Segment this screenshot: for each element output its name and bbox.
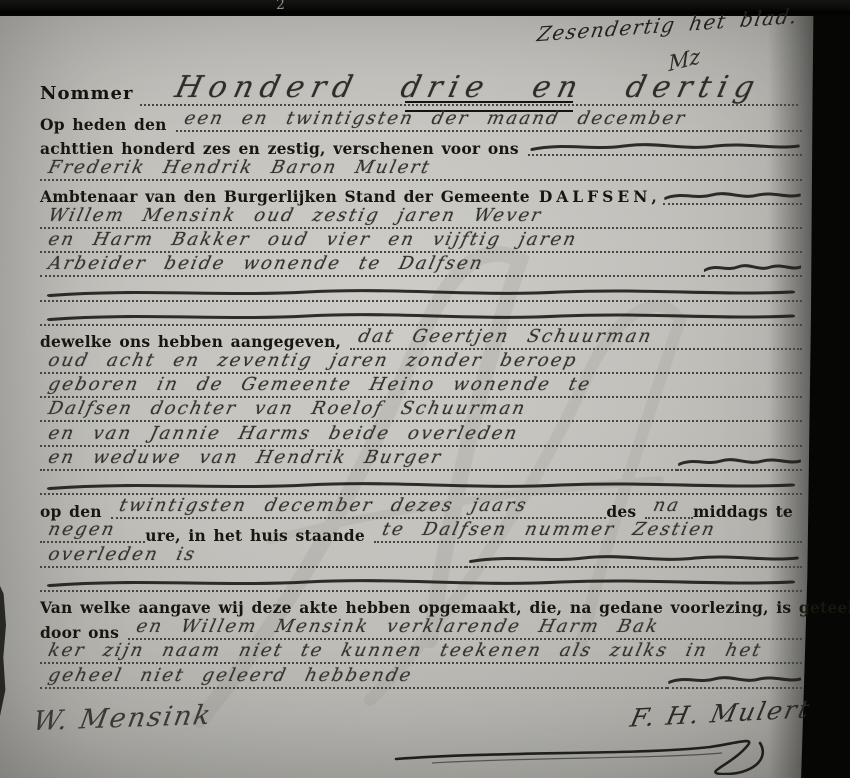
- act-body: Op heden deneen en twintigsten der maand…: [40, 108, 802, 689]
- handwritten-entry: Arbeider beide wonende te Dalfsen: [40, 255, 703, 277]
- handwritten-text: Willem Mensink oud zestig jaren Wever: [40, 207, 548, 227]
- act-line: door onsen Willem Mensink verklarende Ha…: [40, 616, 802, 640]
- ink-stroke: [667, 672, 802, 686]
- handwritten-text: negen: [40, 521, 122, 541]
- handwritten-text: Arbeider beide wonende te Dalfsen: [40, 255, 490, 275]
- handwritten-entry: geboren in de Gemeente Heino wonende te: [40, 376, 802, 398]
- act-number-value: Honderd drie en dertig: [166, 73, 768, 104]
- printed-text: des: [606, 504, 645, 520]
- act-line: Willem Mensink oud zestig jaren Wever: [40, 205, 802, 229]
- handwritten-entry: geheel niet geleerd hebbende: [40, 667, 667, 689]
- printed-text: ure, in het huis staande: [145, 528, 374, 544]
- handwritten-text: oud acht en zeventig jaren zonder beroep: [40, 352, 583, 372]
- handwritten-text: geboren in de Gemeente Heino wonende te: [40, 376, 597, 396]
- ink-stroke: [528, 139, 802, 153]
- handwritten-text: overleden is: [40, 546, 202, 566]
- handwritten-text: Frederik Hendrik Baron Mulert: [40, 159, 437, 179]
- printed-text: ,: [651, 189, 663, 205]
- printed-text: door ons: [40, 625, 128, 641]
- handwritten-entry: en Willem Mensink verklarende Harm Bak: [128, 618, 802, 640]
- handwritten-text: en Harm Bakker oud vier en vijftig jaren: [40, 231, 583, 251]
- act-line: oud acht en zeventig jaren zonder beroep: [40, 350, 802, 374]
- handwritten-text: dat Geertjen Schuurman: [350, 328, 658, 348]
- handwritten-text: en van Jannie Harms beide overleden: [40, 425, 524, 445]
- signature-flourish: [392, 733, 784, 775]
- printed-text: middags te: [693, 504, 802, 520]
- handwritten-entry: te Dalfsen nummer Zestien: [374, 521, 802, 543]
- handwritten-entry: en van Jannie Harms beide overleden: [40, 425, 802, 447]
- act-line: geboren in de Gemeente Heino wonende te: [40, 374, 802, 398]
- act-line: [40, 277, 802, 301]
- film-frame-number: 2: [276, 0, 285, 13]
- handwritten-entry: na: [645, 497, 693, 519]
- act-line: en Harm Bakker oud vier en vijftig jaren: [40, 229, 802, 253]
- printed-text: DALFSEN: [539, 189, 652, 205]
- ink-stroke: [466, 551, 802, 565]
- ink-stroke: [663, 188, 802, 202]
- act-line: Frederik Hendrik Baron Mulert: [40, 156, 802, 180]
- dotted-leader: [667, 687, 802, 689]
- printed-text: Van welke aangave wij deze akte hebben o…: [40, 600, 850, 616]
- signature-witness: W. Mensink: [31, 700, 215, 737]
- act-line: [40, 471, 802, 495]
- act-line: achttien honderd zes en zestig, verschen…: [40, 132, 802, 156]
- handwritten-entry: en Harm Bakker oud vier en vijftig jaren: [40, 231, 802, 253]
- ink-stroke: [40, 285, 802, 299]
- act-line: Ambtenaar van den Burgerlijken Stand der…: [40, 181, 802, 205]
- handwritten-entry: negen: [40, 521, 145, 543]
- act-number-label: Nommer: [40, 85, 140, 106]
- handwritten-entry: een en twintigsten der maand december: [176, 110, 802, 132]
- act-line: ker zijn naam niet te kunnen teekenen al…: [40, 640, 802, 664]
- ink-stroke: [677, 454, 802, 468]
- ink-stroke: [703, 260, 802, 274]
- handwritten-entry: Dalfsen dochter van Roelof Schuurman: [40, 400, 802, 422]
- act-line: [40, 568, 802, 592]
- handwritten-text: en weduwe van Hendrik Burger: [40, 449, 448, 469]
- ink-stroke: [40, 309, 802, 323]
- scanned-death-record-page: 2 Zesendertig het blad. Nommer Honderd d…: [0, 0, 850, 778]
- act-line: en weduwe van Hendrik Burger: [40, 447, 802, 471]
- printed-text: Op heden den: [40, 117, 176, 133]
- act-line: geheel niet geleerd hebbende: [40, 664, 802, 688]
- act-line: negenure, in het huis staandete Dalfsen …: [40, 519, 802, 543]
- act-line: Op heden deneen en twintigsten der maand…: [40, 108, 802, 132]
- handwritten-text: een en twintigsten der maand december: [176, 110, 692, 130]
- act-line: en van Jannie Harms beide overleden: [40, 422, 802, 446]
- printed-text: Ambtenaar van den Burgerlijken Stand der…: [40, 189, 539, 205]
- handwritten-entry: Willem Mensink oud zestig jaren Wever: [40, 207, 802, 229]
- handwritten-text: geheel niet geleerd hebbende: [40, 667, 419, 687]
- handwritten-text: en Willem Mensink verklarende Harm Bak: [128, 618, 665, 638]
- printed-text: op den: [40, 504, 111, 520]
- handwritten-text: na: [645, 497, 686, 517]
- handwritten-text: twintigsten december dezes jaars: [111, 497, 534, 517]
- act-line: Van welke aangave wij deze akte hebben o…: [40, 592, 802, 616]
- printed-text: dewelke ons hebben aangegeven,: [40, 334, 350, 350]
- ink-stroke: [40, 478, 802, 492]
- handwritten-text: ker zijn naam niet te kunnen teekenen al…: [40, 642, 768, 662]
- handwritten-entry: twintigsten december dezes jaars: [111, 497, 607, 519]
- handwritten-text: te Dalfsen nummer Zestien: [374, 521, 722, 541]
- handwritten-entry: oud acht en zeventig jaren zonder beroep: [40, 352, 802, 374]
- act-line: dewelke ons hebben aangegeven,dat Geertj…: [40, 326, 802, 350]
- handwritten-entry: dat Geertjen Schuurman: [350, 328, 802, 350]
- handwritten-entry: en weduwe van Hendrik Burger: [40, 449, 677, 471]
- handwritten-entry: overleden is: [40, 546, 466, 568]
- handwritten-entry: ker zijn naam niet te kunnen teekenen al…: [40, 642, 802, 664]
- act-line: overleden is: [40, 543, 802, 567]
- ink-stroke: [40, 575, 802, 589]
- handwritten-entry: Frederik Hendrik Baron Mulert: [40, 159, 802, 181]
- handwritten-text: Dalfsen dochter van Roelof Schuurman: [40, 400, 532, 420]
- act-line: [40, 302, 802, 326]
- act-line: op dentwintigsten december dezes jaarsde…: [40, 495, 802, 519]
- act-line: Arbeider beide wonende te Dalfsen: [40, 253, 802, 277]
- printed-text: achttien honderd zes en zestig, verschen…: [40, 141, 528, 157]
- act-line: Dalfsen dochter van Roelof Schuurman: [40, 398, 802, 422]
